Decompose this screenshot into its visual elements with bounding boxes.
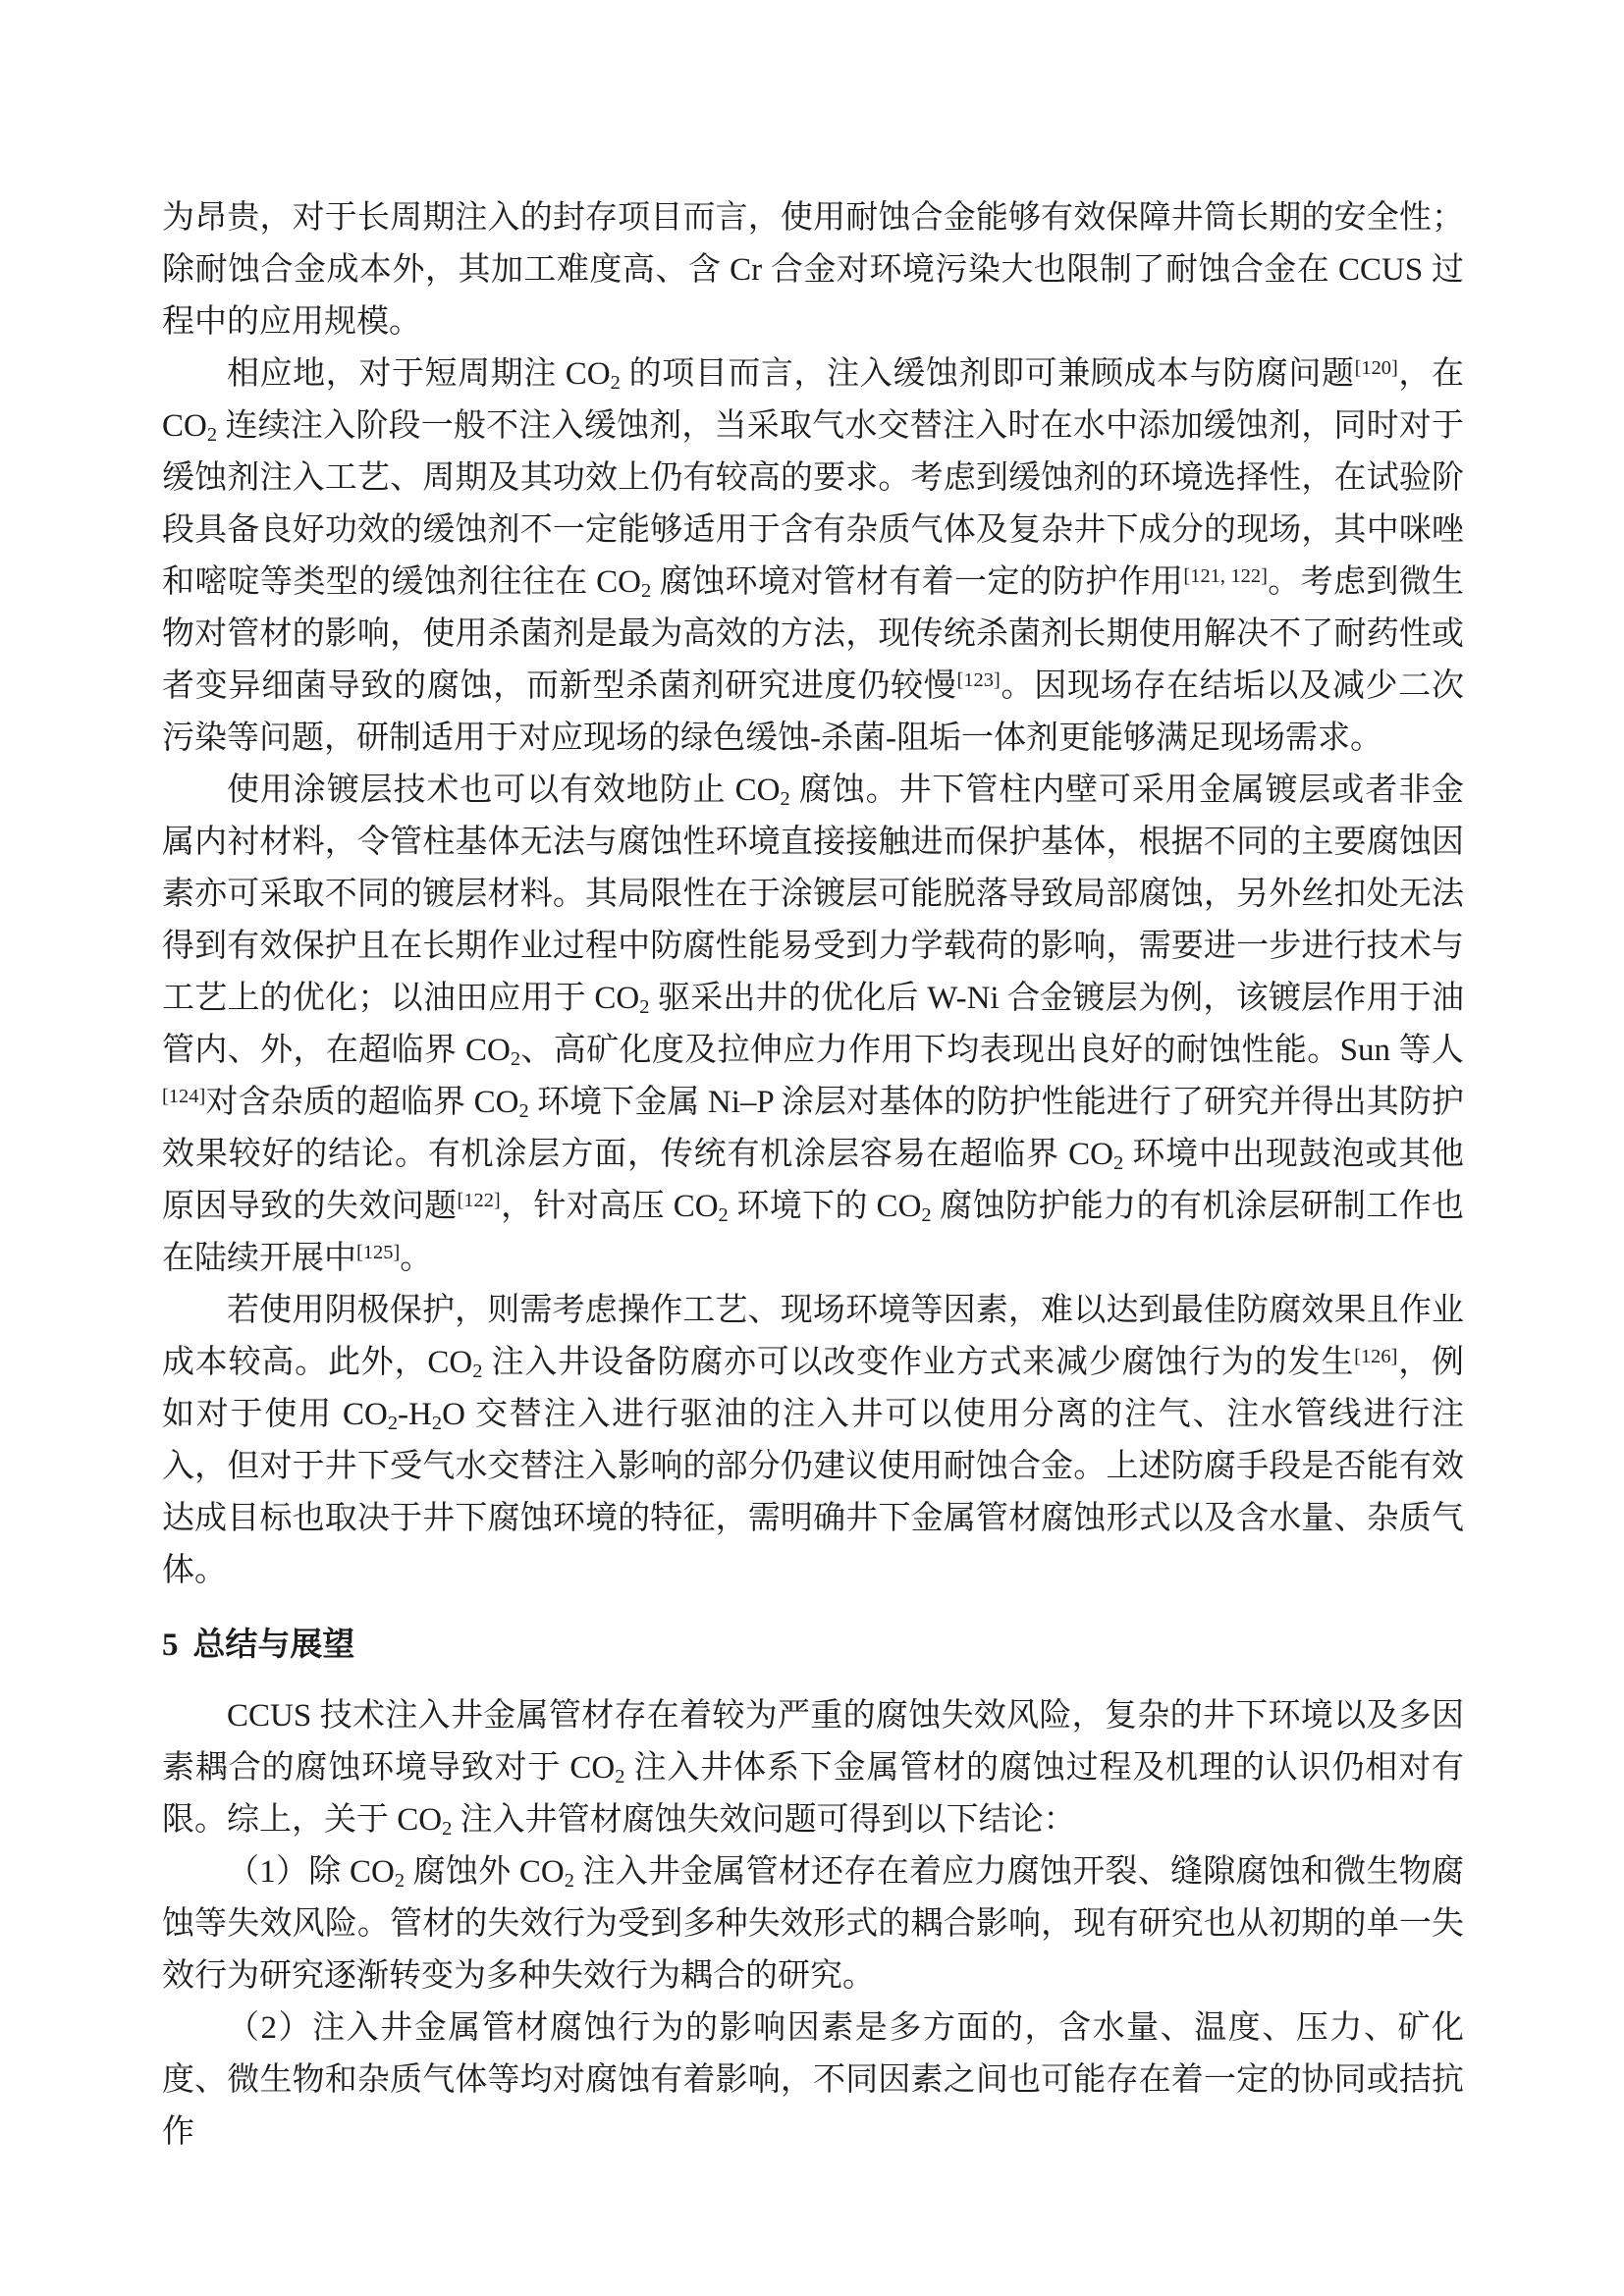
chemical-subscript: 2	[395, 1870, 405, 1892]
page-text-content: 为昂贵，对于长周期注入的封存项目而言，使用耐蚀合金能够有效保障井筒长期的安全性；…	[162, 192, 1464, 2159]
paragraph: 相应地，对于短周期注 CO2 的项目而言，注入缓蚀剂即可兼顾成本与防腐问题[12…	[162, 348, 1464, 765]
paragraph: 使用涂镀层技术也可以有效地防止 CO2 腐蚀。井下管柱内壁可采用金属镀层或者非金…	[162, 765, 1464, 1285]
chemical-subscript: 2	[781, 788, 790, 810]
chemical-subscript: 2	[442, 1818, 452, 1840]
citation-reference: [120]	[1355, 357, 1398, 379]
citation-reference: [122]	[457, 1190, 500, 1211]
paragraph: （2）注入井金属管材腐蚀行为的影响因素是多方面的，含水量、温度、压力、矿化度、微…	[162, 2002, 1464, 2159]
citation-reference: [126]	[1354, 1346, 1397, 1367]
citation-reference: [125]	[356, 1242, 400, 1263]
document-page: 为昂贵，对于长周期注入的封存项目而言，使用耐蚀合金能够有效保障井筒长期的安全性；…	[0, 0, 1624, 2296]
section-number: 5	[162, 1628, 179, 1663]
chemical-subscript: 2	[719, 1204, 729, 1226]
citation-reference: [124]	[162, 1086, 205, 1107]
chemical-subscript: 2	[615, 1766, 624, 1788]
section-heading: 5总结与展望	[162, 1620, 1464, 1672]
chemical-subscript: 2	[921, 1204, 931, 1226]
paragraph: 为昂贵，对于长周期注入的封存项目而言，使用耐蚀合金能够有效保障井筒长期的安全性；…	[162, 192, 1464, 348]
chemical-subscript: 2	[388, 1413, 398, 1434]
section-title: 总结与展望	[192, 1628, 354, 1663]
chemical-subscript: 2	[432, 1413, 442, 1434]
citation-reference: [121, 122]	[1183, 565, 1268, 587]
paragraph: （1）除 CO2 腐蚀外 CO2 注入井金属管材还存在着应力腐蚀开裂、缝隙腐蚀和…	[162, 1846, 1464, 2002]
chemical-subscript: 2	[611, 372, 621, 394]
paragraph: 若使用阴极保护，则需考虑操作工艺、现场环境等因素，难以达到最佳防腐效果且作业成本…	[162, 1285, 1464, 1597]
paragraph: CCUS 技术注入井金属管材存在着较为严重的腐蚀失效风险，复杂的井下环境以及多因…	[162, 1690, 1464, 1846]
chemical-subscript: 2	[207, 424, 217, 446]
chemical-subscript: 2	[511, 1048, 520, 1070]
chemical-subscript: 2	[565, 1870, 574, 1892]
chemical-subscript: 2	[472, 1361, 482, 1382]
chemical-subscript: 2	[518, 1100, 528, 1122]
chemical-subscript: 2	[641, 580, 651, 602]
citation-reference: [123]	[957, 669, 1001, 691]
chemical-subscript: 2	[1113, 1152, 1123, 1174]
chemical-subscript: 2	[639, 996, 649, 1018]
